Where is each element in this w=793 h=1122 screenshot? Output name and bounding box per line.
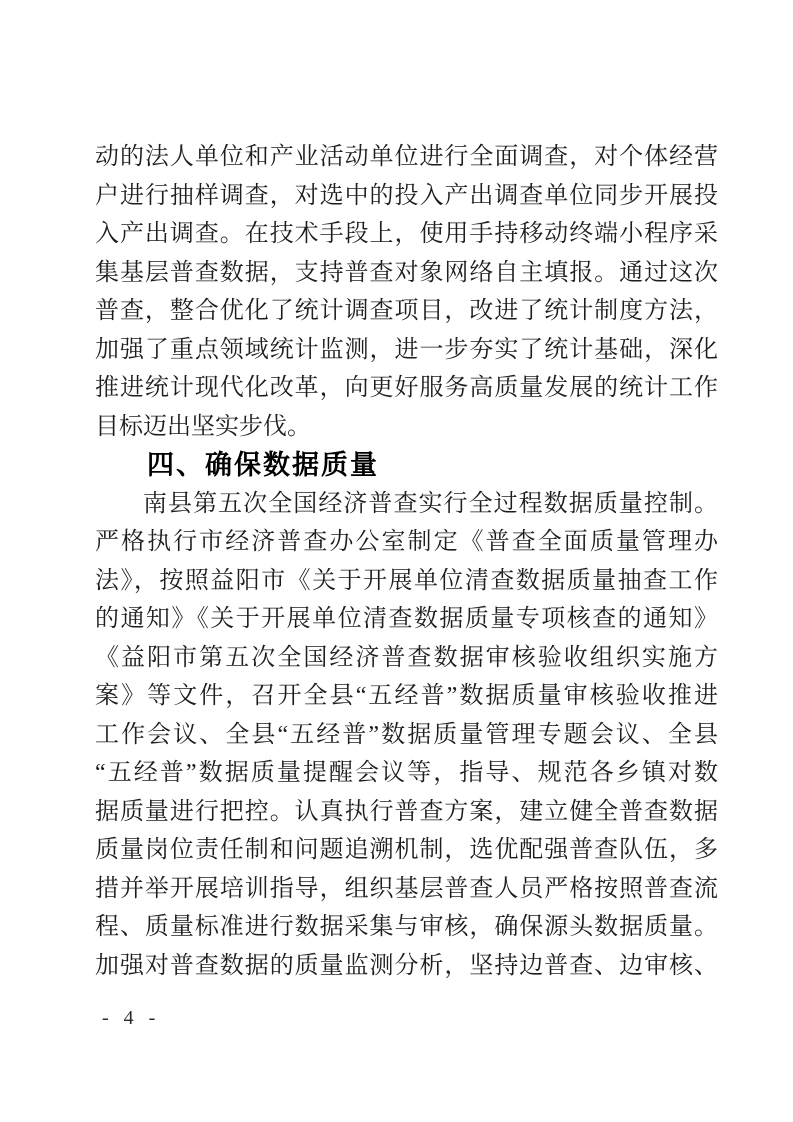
paragraph2-line: “五经普”数据质量提醒会议等，指导、规范各乡镇对数 [95, 754, 718, 793]
paragraph2-line: 《益阳市第五次全国经济普查数据审核验收组织实施方 [95, 639, 718, 678]
paragraph1-line: 加强了重点领域统计监测，进一步夯实了统计基础，深化 [95, 331, 718, 370]
paragraph2-line: 工作会议、全县“五经普”数据质量管理专题会议、全县 [95, 716, 718, 755]
paragraph2-line: 南县第五次全国经济普查实行全过程数据质量控制。 [95, 485, 718, 524]
paragraph1-line: 动的法人单位和产业活动单位进行全面调查，对个体经营 [95, 138, 718, 177]
page-number: - 4 - [102, 1005, 160, 1031]
paragraph2-line: 法》，按照益阳市《关于开展单位清查数据质量抽查工作 [95, 562, 718, 601]
paragraph1-line: 户进行抽样调查，对选中的投入产出调查单位同步开展投 [95, 177, 718, 216]
paragraph1-line: 推进统计现代化改革，向更好服务高质量发展的统计工作 [95, 369, 718, 408]
paragraph2-line: 程、质量标准进行数据采集与审核，确保源头数据质量。 [95, 908, 718, 947]
paragraph2-line: 案》等文件，召开全县“五经普”数据质量审核验收推进 [95, 677, 718, 716]
paragraph2-line: 质量岗位责任制和问题追溯机制，选优配强普查队伍，多 [95, 831, 718, 870]
paragraph1-line: 入产出调查。在技术手段上，使用手持移动终端小程序采 [95, 215, 718, 254]
paragraph1-line: 集基层普查数据，支持普查对象网络自主填报。通过这次 [95, 254, 718, 293]
paragraph2-line: 的通知》《关于开展单位清查数据质量专项核查的通知》 [95, 600, 718, 639]
paragraph1-line: 目标迈出坚实步伐。 [95, 408, 718, 447]
paragraph2-line: 措并举开展培训指导，组织基层普查人员严格按照普查流 [95, 870, 718, 909]
paragraph2-line: 加强对普查数据的质量监测分析，坚持边普查、边审核、 [95, 947, 718, 986]
document-page: 动的法人单位和产业活动单位进行全面调查，对个体经营 户进行抽样调查，对选中的投入… [0, 0, 793, 1122]
paragraph2-line: 严格执行市经济普查办公室制定《普查全面质量管理办 [95, 523, 718, 562]
section-heading: 四、确保数据质量 [95, 446, 718, 485]
paragraph1-line: 普查，整合优化了统计调查项目，改进了统计制度方法， [95, 292, 718, 331]
paragraph2-line: 据质量进行把控。认真执行普查方案，建立健全普查数据 [95, 793, 718, 832]
body-text: 动的法人单位和产业活动单位进行全面调查，对个体经营 户进行抽样调查，对选中的投入… [95, 138, 718, 985]
